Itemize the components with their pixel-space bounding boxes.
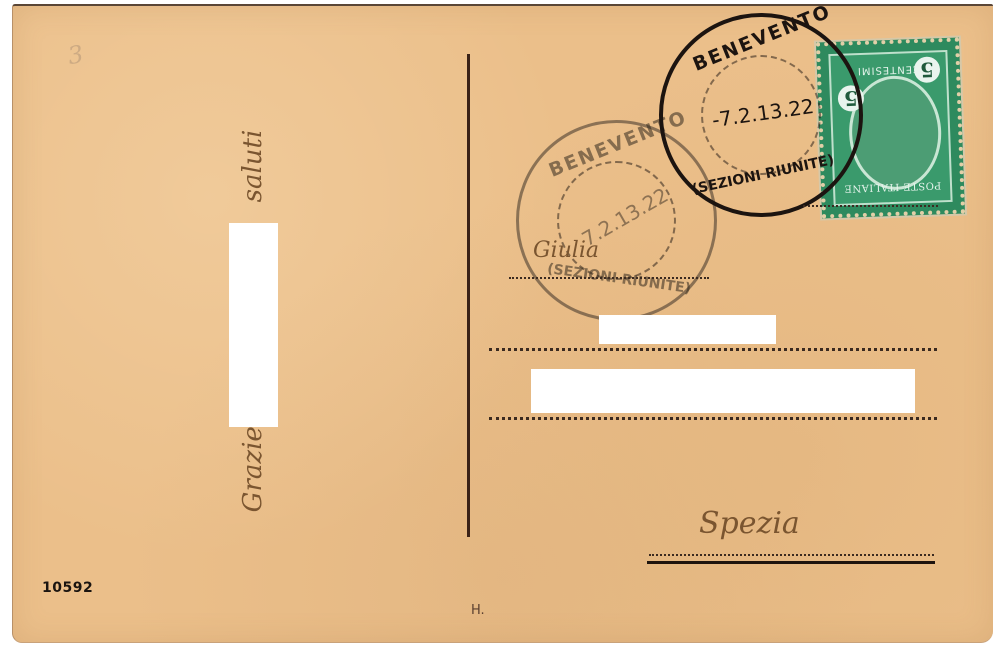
address-underline (647, 561, 935, 564)
center-divider (467, 54, 470, 537)
card-number: 10592 (42, 580, 93, 596)
redaction-box (599, 315, 776, 344)
address-line-3 (489, 417, 937, 420)
stamp-country: POSTE ITALIANE (835, 179, 950, 194)
address-line-1 (509, 277, 709, 279)
address-line-4 (649, 554, 934, 556)
stamp-denomination: 5 (914, 56, 941, 83)
address-city: Spezia (699, 506, 800, 541)
printer-mark: H. (471, 603, 485, 618)
message-word: saluti (238, 130, 268, 203)
postcard: 3 Grazie . affettuosi saluti BENEVENTO 7… (12, 4, 993, 643)
redaction-box (531, 369, 915, 413)
address-line-2 (489, 348, 937, 351)
postmark-bold: BENEVENTO -7.2.13.22 (SEZIONI RIUNITE) (659, 13, 863, 217)
redaction-box (229, 223, 278, 427)
stamp-box-bottom-line (803, 205, 938, 207)
pencil-mark: 3 (66, 40, 86, 70)
address-name: Giulia (533, 238, 599, 263)
